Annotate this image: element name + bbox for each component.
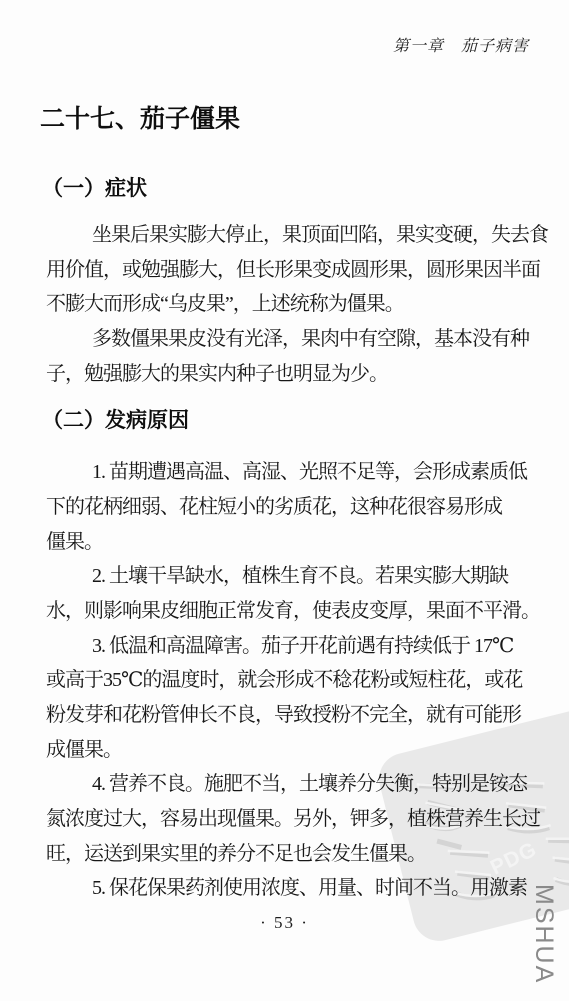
- numbered-item-5: 5. 保花保果药剂使用浓度、用量、时间不当。用激素: [0, 871, 569, 906]
- text-line: 下的花柄细弱、花柱短小的劣质花，这种花很容易形成: [0, 490, 569, 525]
- numbered-item-2: 2. 土壤干旱缺水，植株生育不良。若果实膨大期缺 水，则影响果皮细胞正常发育，使…: [0, 559, 569, 628]
- numbered-item-4: 4. 营养不良。施肥不当，土壤养分失衡，特别是铵态 氮浓度过大，容易出现僵果。另…: [0, 767, 569, 871]
- text-line: 用价值，或勉强膨大，但长形果变成圆形果，圆形果因半面: [0, 253, 569, 288]
- text-line: 5. 保花保果药剂使用浓度、用量、时间不当。用激素: [0, 871, 569, 906]
- article-title: 二十七、茄子僵果: [0, 103, 569, 135]
- page-number: · 53 ·: [0, 913, 569, 933]
- numbered-item-3: 3. 低温和高温障害。茄子开花前遇有持续低于 17℃ 或高于35℃的温度时，就会…: [0, 629, 569, 768]
- text-line: 成僵果。: [0, 733, 569, 768]
- section-heading-causes: （二）发病原因: [0, 407, 569, 433]
- text-line: 僵果。: [0, 525, 569, 560]
- text-line: 旺，运送到果实里的养分不足也会发生僵果。: [0, 837, 569, 872]
- text-line: 氮浓度过大，容易出现僵果。另外，钾多，植株营养生长过: [0, 802, 569, 837]
- scanned-book-page: PDG 第一章 茄子病害 二十七、茄子僵果 （一）症状 坐果后果实膨大停止，果顶…: [0, 0, 569, 1001]
- text-line: 坐果后果实膨大停止，果顶面凹陷，果实变硬，失去食: [0, 218, 569, 253]
- text-line: 子，勉强膨大的果实内种子也明显为少。: [0, 357, 569, 392]
- numbered-item-1: 1. 苗期遭遇高温、高湿、光照不足等，会形成素质低 下的花柄细弱、花柱短小的劣质…: [0, 455, 569, 559]
- text-line: 4. 营养不良。施肥不当，土壤养分失衡，特别是铵态: [0, 767, 569, 802]
- text-line: 1. 苗期遭遇高温、高湿、光照不足等，会形成素质低: [0, 455, 569, 490]
- text-line: 粉发芽和花粉管伸长不良，导致授粉不完全，就有可能形: [0, 698, 569, 733]
- text-line: 或高于35℃的温度时，就会形成不稔花粉或短柱花，或花: [0, 663, 569, 698]
- text-line: 不膨大而形成“乌皮果”，上述统称为僵果。: [0, 287, 569, 322]
- section-heading-symptoms: （一）症状: [0, 175, 569, 201]
- paragraph: 坐果后果实膨大停止，果顶面凹陷，果实变硬，失去食 用价值，或勉强膨大，但长形果变…: [0, 218, 569, 322]
- text-line: 2. 土壤干旱缺水，植株生育不良。若果实膨大期缺: [0, 559, 569, 594]
- text-line: 水，则影响果皮细胞正常发育，使表皮变厚，果面不平滑。: [0, 594, 569, 629]
- mshua-watermark: MSHUA: [529, 884, 558, 984]
- text-line: 多数僵果果皮没有光泽，果肉中有空隙，基本没有种: [0, 322, 569, 357]
- running-header: 第一章 茄子病害: [0, 36, 569, 58]
- page-content: 第一章 茄子病害 二十七、茄子僵果 （一）症状 坐果后果实膨大停止，果顶面凹陷，…: [0, 0, 569, 1001]
- paragraph: 多数僵果果皮没有光泽，果肉中有空隙，基本没有种 子，勉强膨大的果实内种子也明显为…: [0, 322, 569, 391]
- text-line: 3. 低温和高温障害。茄子开花前遇有持续低于 17℃: [0, 629, 569, 664]
